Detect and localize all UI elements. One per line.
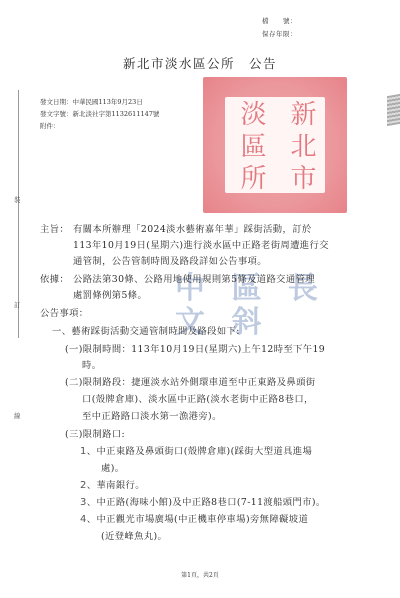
basis-line-1: 公路法第30條、公路用地使用規則第5條及道路交通管理 [73, 272, 315, 289]
subject-label: 主旨： [40, 222, 69, 239]
item-text: 、中正東路及鼻頭街口(殼牌倉庫)(踩街大型道具進場 [87, 446, 312, 457]
restriction-roads-line-2: 口(殼牌倉庫)、淡水區中正路(淡水老街中正路8巷口， [82, 392, 314, 409]
item-text: 、中正路(海味小館)及中正路8巷口(7-11渡船頭門市)。 [87, 497, 326, 508]
seal-char: 新 [275, 97, 325, 129]
document-type: 公告 [249, 56, 277, 71]
margin-mark-line: 線 [14, 411, 21, 420]
notice-item-1: 一、藝術踩街活動交通管制時間及路段如下: [52, 324, 240, 341]
restriction-roads-line-1: (二)限制路段：捷運淡水站外側環車道至中正東路及鼻頭街 [65, 375, 315, 392]
subject-line-1: 有關本所辦理「2024淡水藝術嘉年華」踩街活動，訂於 [73, 222, 312, 239]
document-header-info: 發文日期：中華民國113年9月23日 發文字號：新北淡社字第1132611147… [40, 96, 159, 132]
seal-char: 北 [275, 129, 325, 161]
intersection-item-4-cont: (近登峰魚丸)。 [101, 529, 167, 546]
subject-line-2: 113年10月19日(星期六)進行淡水區中正路老街周遭進行交 [73, 238, 329, 255]
retention-period-label: 保存年限： [262, 29, 297, 40]
seal-char: 區 [225, 129, 275, 161]
notice-label: 公告事項： [40, 306, 89, 323]
item-text: 、華南銀行。 [87, 480, 145, 491]
intersection-item-1-cont: 處)。 [101, 461, 124, 478]
item-number: 3 [80, 497, 87, 508]
item-number: 2 [80, 480, 87, 491]
item-number: 1 [80, 446, 87, 457]
official-seal-icon: 新 北 市 淡 區 所 [203, 77, 347, 213]
document-number: 發文字號：新北淡社字第1132611147號 [40, 108, 159, 120]
basis-label: 依據： [40, 272, 69, 289]
restriction-time-line-2: 時。 [82, 358, 101, 375]
file-number-label: 檔 號： [262, 16, 297, 27]
intersection-item-4: 4、中正觀光市場廣場(中正機車停車場)旁無障礙坡道 [80, 512, 308, 529]
page-number: 第1頁，共2頁 [0, 570, 400, 579]
issue-date: 發文日期：中華民國113年9月23日 [40, 96, 159, 108]
attachment-label: 附件： [40, 120, 159, 132]
intersection-item-1: 1、中正東路及鼻頭街口(殼牌倉庫)(踩街大型道具進場 [80, 444, 312, 461]
intersection-item-3: 3、中正路(海味小館)及中正路8巷口(7-11渡船頭門市)。 [80, 495, 326, 512]
margin-mark-staple: 訂 [14, 300, 21, 309]
seal-char: 淡 [225, 97, 275, 129]
intersection-item-2: 2、華南銀行。 [80, 478, 145, 495]
restriction-time-line-1: (一)限制時間：113年10月19日(星期六)上午12時至下午19 [65, 342, 325, 359]
restriction-intersections-label: (三)限制路口: [65, 427, 125, 444]
margin-mark-bind: 裝 [14, 195, 21, 204]
page-title: 新北市淡水區公所公告 [0, 54, 400, 72]
subject-line-3: 通管制，公告管制時間及路段詳如公告事項。 [73, 254, 267, 271]
restriction-roads-line-3: 至中正路路口淡水第一漁港旁)。 [82, 409, 222, 426]
small-stamp-icon [387, 94, 400, 126]
agency-name: 新北市淡水區公所 [123, 56, 235, 71]
item-number: 4 [80, 514, 87, 525]
seal-char: 所 [225, 161, 275, 193]
item-text: 、中正觀光市場廣場(中正機車停車場)旁無障礙坡道 [87, 514, 308, 525]
seal-char: 市 [275, 161, 325, 193]
basis-line-2: 處罰條例第5條。 [73, 288, 147, 305]
